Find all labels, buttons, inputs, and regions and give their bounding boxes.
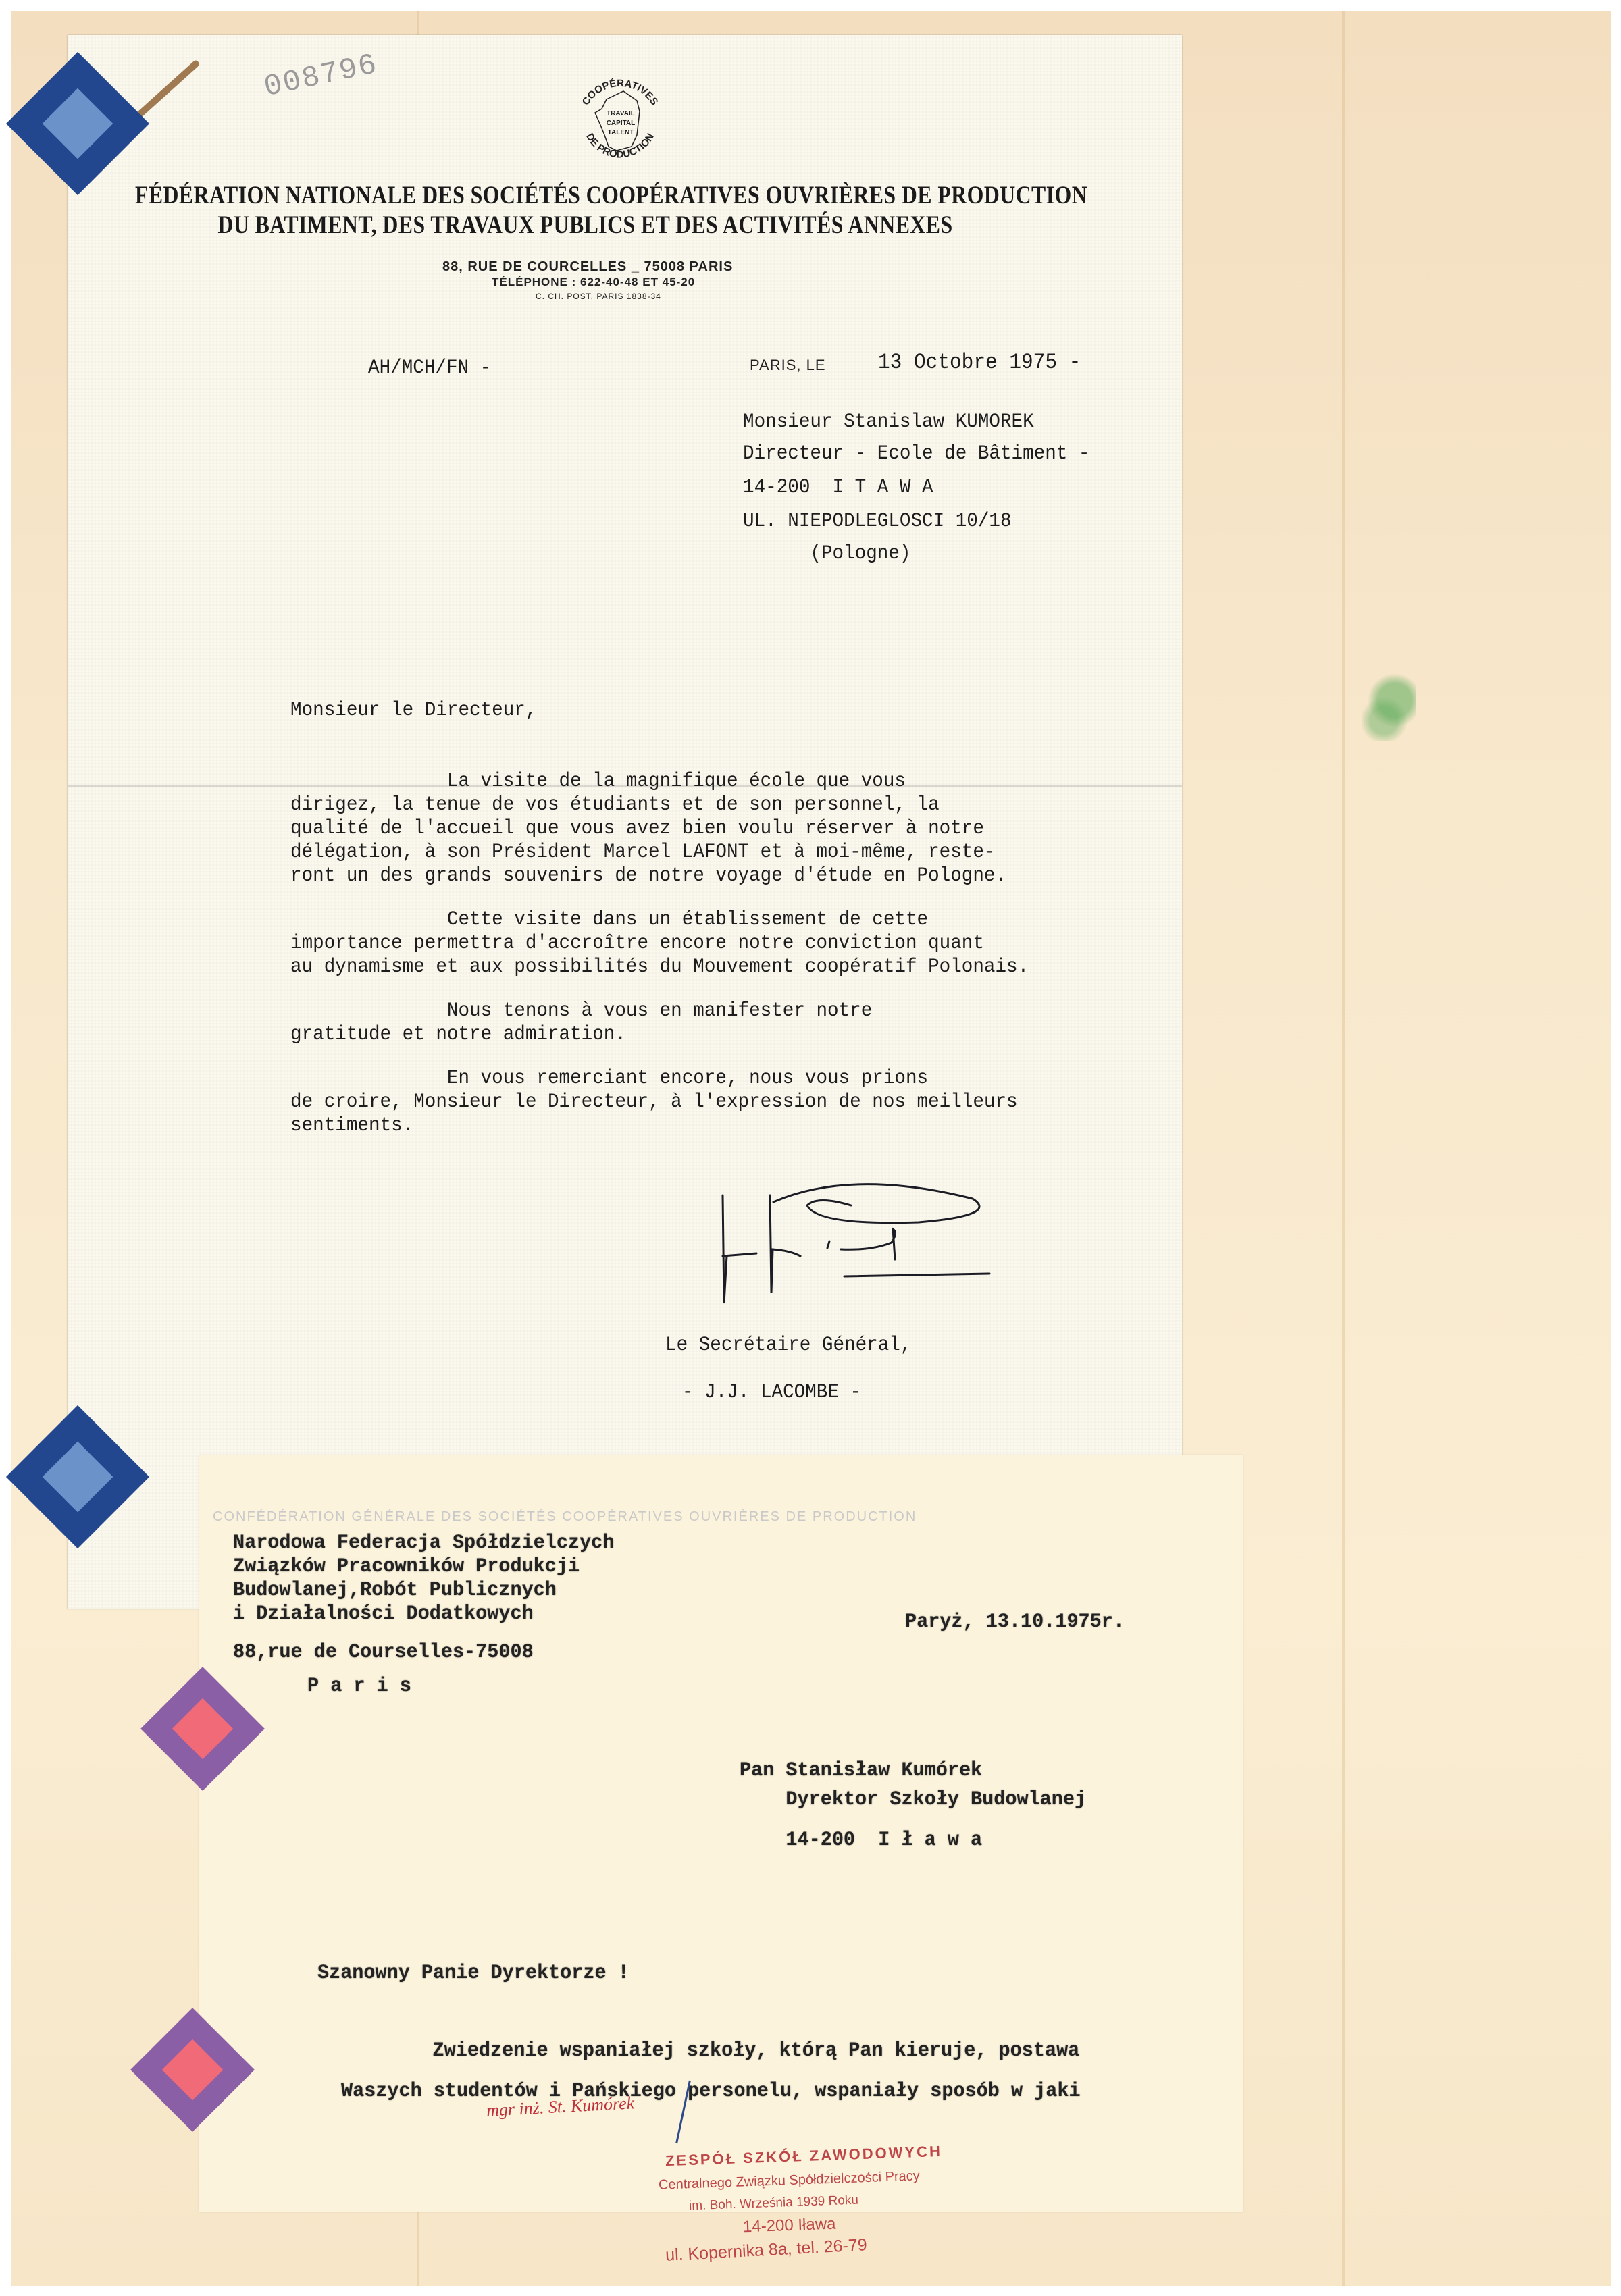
blue-photo-corner-inner (43, 1442, 113, 1513)
recipient-line: Dyrektor Szkoły Budowlanej (740, 1788, 1086, 1811)
reference-code: AH/MCH/FN - (368, 357, 491, 380)
polish-body-line: Waszych studentów i Pańskiego personelu,… (341, 2080, 1081, 2103)
green-stain (1362, 660, 1416, 741)
svg-text:CAPITAL: CAPITAL (607, 120, 636, 127)
sender-line: Narodowa Federacja Spółdzielczych (233, 1532, 614, 1555)
sender-line: Budowlanej,Robót Publicznych (233, 1579, 557, 1602)
recipient-line: 14-200 I T A W A (743, 476, 933, 499)
body-line: ront un des grands souvenirs de notre vo… (290, 864, 1006, 887)
sender-line: Związków Pracowników Produkcji (233, 1555, 580, 1578)
pink-photo-corner-inner (172, 1698, 234, 1760)
salutation: Monsieur le Directeur, (290, 699, 536, 722)
svg-text:TALENT: TALENT (608, 129, 634, 136)
body-line: au dynamisme et aux possibilités du Mouv… (290, 956, 1029, 979)
letter-date: 13 Octobre 1975 - (878, 350, 1081, 375)
blue-photo-corner-inner (43, 88, 113, 159)
body-line: Cette visite dans un établissement de ce… (290, 908, 928, 931)
body-line: délégation, à son Président Marcel LAFON… (290, 841, 995, 864)
polish-letter-date: Paryż, 13.10.1975r. (905, 1611, 1125, 1634)
polish-body-line: Zwiedzenie wspaniałej szkoły, którą Pan … (375, 2039, 1079, 2062)
body-line: gratitude et notre admiration. (290, 1023, 626, 1046)
sender-city: P a r i s (307, 1675, 411, 1698)
letterhead-address: 88, RUE DE COURCELLES _ 75008 PARIS (442, 259, 733, 275)
body-line: qualité de l'accueil que vous avez bien … (290, 817, 984, 840)
letterhead-postal-account: C. CH. POST. PARIS 1838-34 (536, 292, 661, 301)
page-fold-line (1342, 11, 1345, 2286)
pink-photo-corner-inner (162, 2039, 224, 2101)
sender-address: 88,rue de Courselles-75008 (233, 1641, 534, 1664)
body-line: En vous remerciant encore, nous vous pri… (290, 1067, 928, 1090)
recipient-line: Directeur - Ecole de Bâtiment - (743, 442, 1089, 465)
recipient-line: Pan Stanisław Kumórek (740, 1759, 982, 1782)
letterhead-title-line2: DU BATIMENT, DES TRAVAUX PUBLICS ET DES … (135, 211, 1035, 240)
place-label: PARIS, LE (750, 357, 826, 374)
cooperatives-logo: COOPÉRATIVES DE PRODUCTION TRAVAIL CAPIT… (569, 71, 671, 172)
letterhead-telephone: TÉLÉPHONE : 622-40-48 ET 45-20 (492, 276, 695, 289)
recipient-line: 14-200 I ł a w a (740, 1829, 982, 1852)
polish-salutation: Szanowny Panie Dyrektorze ! (317, 1962, 629, 1985)
sender-line: i Działalności Dodatkowych (233, 1602, 534, 1625)
handwritten-signature (716, 1175, 1081, 1310)
recipient-line: (Pologne) (743, 542, 910, 565)
stamp-line: 14-200 Iława (743, 2215, 836, 2237)
body-line: sentiments. (290, 1114, 413, 1137)
body-line: dirigez, la tenue de vos étudiants et de… (290, 793, 940, 816)
body-line: importance permettra d'accroître encore … (290, 932, 984, 955)
body-line: La visite de la magnifique école que vou… (290, 770, 906, 793)
svg-text:TRAVAIL: TRAVAIL (607, 110, 635, 118)
faint-letterhead: CONFÉDÉRATION GÉNÉRALE DES SOCIÉTÉS COOP… (213, 1509, 917, 1525)
signatory-name: - J.J. LACOMBE - (682, 1381, 861, 1404)
signatory-title: Le Secrétaire Général, (665, 1334, 911, 1357)
body-line: Nous tenons à vous en manifester notre (290, 999, 872, 1022)
recipient-line: Monsieur Stanislaw KUMOREK (743, 411, 1034, 434)
body-line: de croire, Monsieur le Directeur, à l'ex… (290, 1091, 1018, 1114)
letterhead-title-line1: FÉDÉRATION NATIONALE DES SOCIÉTÉS COOPÉR… (135, 181, 1035, 210)
recipient-line: UL. NIEPODLEGLOSCI 10/18 (743, 510, 1012, 533)
